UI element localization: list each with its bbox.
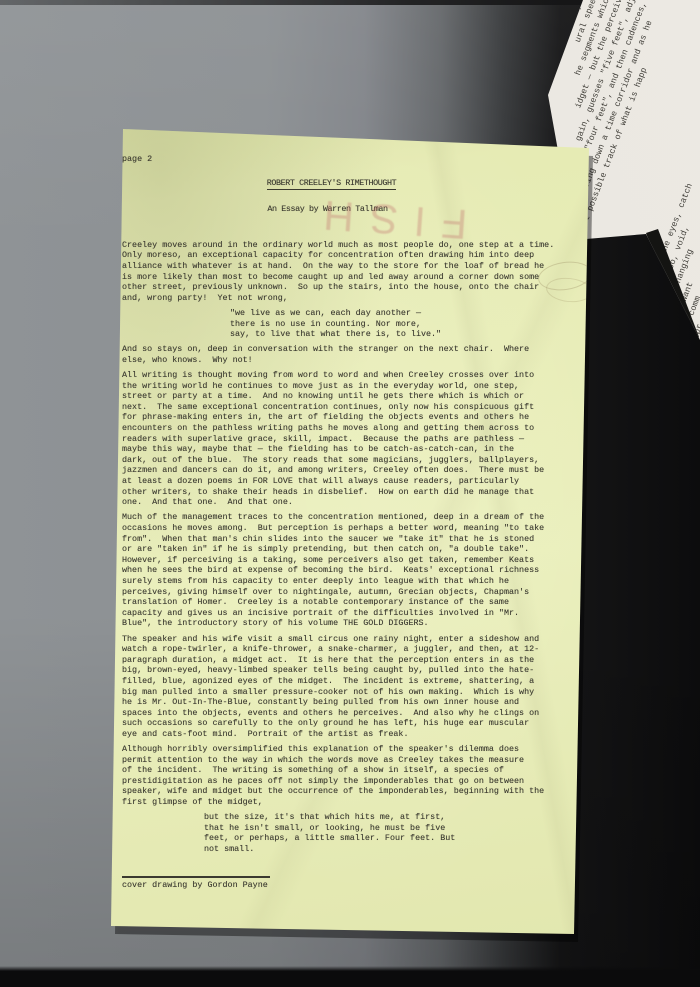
essay-body: Creeley moves around in the ordinary wor… [122,240,563,855]
scan-photo: , although it is a minor instance, Creel… [0,0,700,987]
essay-paragraph-3: All writing is thought moving from word … [122,370,563,508]
quote-block-2: but the size, it's that which hits me, a… [204,812,563,854]
essay-paragraph-5: The speaker and his wife visit a small c… [122,634,563,740]
essay-paragraph-2: And so stays on, deep in conversation wi… [122,344,563,365]
essay-content: page 2 ROBERT CREELEY'S RIMETHOUGHT An E… [122,154,563,890]
essay-paragraph-4: Much of the management traces to the con… [122,512,563,629]
essay-paragraph-6: Although horribly oversimplified this ex… [122,744,563,808]
background-top-edge [0,0,583,5]
essay-page: FISH page 2 ROBERT CREELEY'S RIMETHOUGHT… [100,120,600,945]
quote-block-1: "we live as we can, each day another — t… [230,308,563,340]
footer-credit: cover drawing by Gordon Payne [122,876,563,891]
background-bottom-edge [0,966,700,987]
footer-credit-text: cover drawing by Gordon Payne [122,876,270,891]
page-number-label: page 2 [122,154,563,165]
ink-stamp: FISH [293,176,483,261]
